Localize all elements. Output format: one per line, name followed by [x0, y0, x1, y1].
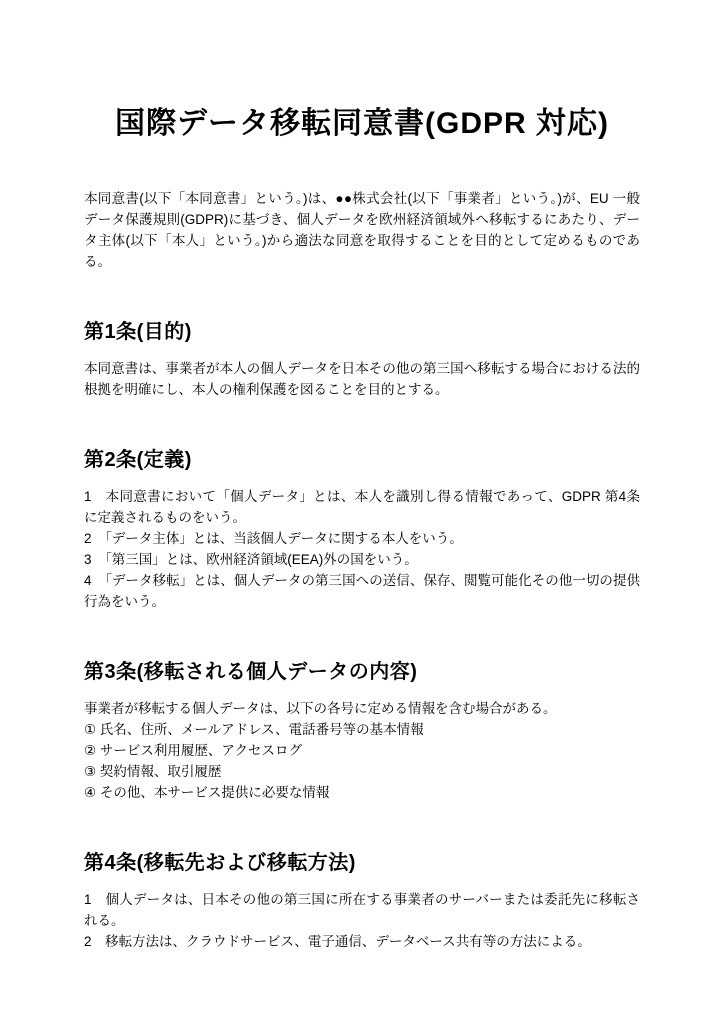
article-1-heading: 第1条(目的)	[84, 318, 640, 346]
article-3-item-3: ③ 契約情報、取引履歴	[84, 761, 640, 782]
article-3-lead: 事業者が移転する個人データは、以下の各号に定める情報を含む場合がある。	[84, 698, 640, 719]
article-3-item-1: ① 氏名、住所、メールアドレス、電話番号等の基本情報	[84, 719, 640, 740]
article-2-heading: 第2条(定義)	[84, 446, 640, 474]
article-2-item-1: 1 本同意書において「個人データ」とは、本人を識別し得る情報であって、GDPR …	[84, 486, 640, 528]
article-4-item-1: 1 個人データは、日本その他の第三国に所在する事業者のサーバーまたは委託先に移転…	[84, 889, 640, 931]
article-3-item-4: ④ その他、本サービス提供に必要な情報	[84, 782, 640, 803]
article-2-item-2: 2 「データ主体」とは、当該個人データに関する本人をいう。	[84, 528, 640, 549]
section-article-3: 第3条(移転される個人データの内容) 事業者が移転する個人データは、以下の各号に…	[84, 658, 640, 803]
document-title: 国際データ移転同意書(GDPR 対応)	[84, 104, 640, 144]
article-1-paragraph: 本同意書は、事業者が本人の個人データを日本その他の第三国へ移転する場合における法…	[84, 358, 640, 400]
article-3-item-2: ② サービス利用履歴、アクセスログ	[84, 740, 640, 761]
article-2-item-3: 3 「第三国」とは、欧州経済領域(EEA)外の国をいう。	[84, 549, 640, 570]
article-2-item-4: 4 「データ移転」とは、個人データの第三国への送信、保存、閲覧可能化その他一切の…	[84, 570, 640, 612]
article-3-heading: 第3条(移転される個人データの内容)	[84, 658, 640, 686]
article-4-heading: 第4条(移転先および移転方法)	[84, 849, 640, 877]
section-article-1: 第1条(目的) 本同意書は、事業者が本人の個人データを日本その他の第三国へ移転す…	[84, 318, 640, 400]
document-page: 国際データ移転同意書(GDPR 対応) 本同意書(以下「本同意書」という。)は、…	[0, 0, 724, 1024]
intro-paragraph: 本同意書(以下「本同意書」という。)は、●●株式会社(以下「事業者」という。)が…	[84, 188, 640, 272]
article-4-item-2: 2 移転方法は、クラウドサービス、電子通信、データベース共有等の方法による。	[84, 931, 640, 952]
section-article-4: 第4条(移転先および移転方法) 1 個人データは、日本その他の第三国に所在する事…	[84, 849, 640, 952]
section-article-2: 第2条(定義) 1 本同意書において「個人データ」とは、本人を識別し得る情報であ…	[84, 446, 640, 612]
